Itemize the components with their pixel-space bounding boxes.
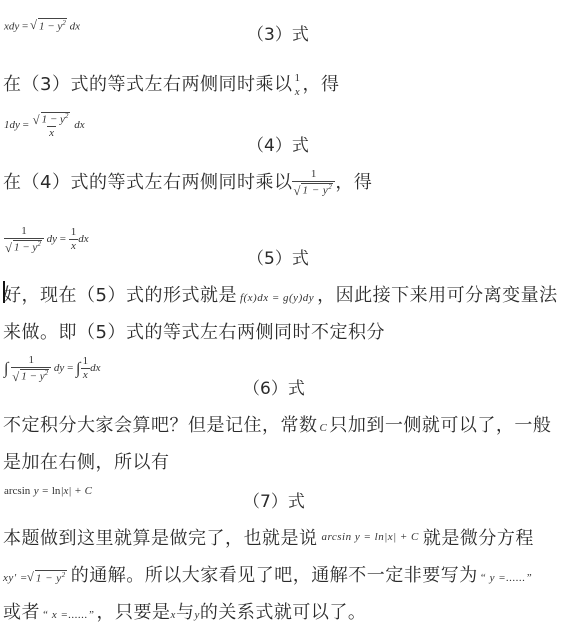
eq4-exponent: 2 [65, 112, 69, 120]
paragraph-3-line-1: 好，现在（5）式的形式就是f(x)dx = g(y)dy，因此接下来用可分离变量… [3, 281, 558, 307]
eq5-right-fraction: 1 x [69, 227, 79, 252]
p5-ode-lhs: xy′ = [3, 572, 28, 584]
p5-text-before: 本题做到这里就算是做完了，也就是说 [3, 528, 318, 549]
eq6-left-fraction: 1 1 − y2 [11, 355, 51, 382]
eq3-equals: = [22, 20, 28, 32]
paragraph-5-line-1: 本题做到这里就算是做完了，也就是说arcsin y = ln|x| + C就是微… [3, 524, 534, 550]
frac-exponent: 2 [328, 183, 332, 191]
eq4-fraction: 1 − y2 x [32, 112, 72, 139]
eq4-lhs: 1dy [4, 119, 20, 131]
eq4-radicand: 1 − y [42, 113, 65, 125]
eq7-c: C [85, 485, 92, 497]
equation-4: 1dy = 1 − y2 x dx [4, 112, 85, 139]
sqrt-symbol: 1 − y2 [34, 112, 70, 125]
eq5-dx: dx [78, 233, 88, 245]
p2-text-after: ，得 [335, 172, 372, 193]
eq5-equals: = [60, 233, 66, 245]
p3-text-before: 好，现在（5）式的形式就是 [3, 285, 237, 306]
p4-text-before: 不定积分大家会算吧？但是记住，常数 [3, 415, 318, 436]
eq6-rnum: 1 [81, 356, 91, 368]
frac-num: 1 [292, 73, 302, 85]
sqrt-symbol: 1 − y2 [28, 570, 67, 584]
paragraph-3-line-2: 来做。即（5）式的等式左右两侧同时不定积分 [3, 318, 385, 344]
eq6-equals: = [67, 362, 73, 374]
p1-text-after: ，得 [302, 74, 339, 95]
p5-quote-x: “ x =......” [42, 609, 95, 621]
equation-5: 1 1 − y2 dy = 1 x dx [4, 226, 89, 253]
p5-radicand: 1 − y [36, 572, 62, 584]
paragraph-4-line-1: 不定积分大家会算吧？但是记住，常数C只加到一侧就可以了，一般 [3, 411, 551, 437]
eq7-abs-x: |x| [60, 485, 71, 497]
p5-line3-after: 的关系式就可以了。 [200, 602, 367, 623]
equation-3: xdy = 1 − y2 dx [4, 18, 80, 32]
eq7-plus: + [75, 485, 81, 497]
eq6-radicand: 1 − y [21, 370, 44, 382]
paragraph-4-line-2: 是加在右侧，所以有 [3, 448, 170, 474]
eq6-exponent: 2 [45, 369, 49, 377]
frac-den: x [293, 85, 302, 98]
eq7-equals: = [42, 485, 48, 497]
equation-7-tag: （7）式 [243, 487, 305, 512]
p4-constant-c: C [320, 422, 328, 434]
eq3-dx: dx [70, 20, 80, 32]
p3-text-after: ，因此接下来用可分离变量法 [317, 285, 558, 306]
equation-5-tag: （5）式 [247, 244, 309, 269]
fraction-1-over-x: 1x [292, 73, 302, 98]
eq7-arcsin: arcsin [4, 485, 30, 497]
eq4-denominator: x [47, 126, 56, 139]
equation-3-tag: （3）式 [247, 20, 309, 45]
p3-formula: f(x)dx = g(y)dy [240, 292, 314, 304]
equation-6: ∫ 1 1 − y2 dy = ∫ 1 x dx [4, 355, 100, 382]
fraction-1-over-sqrt: 11 − y2 [292, 169, 335, 196]
eq5-rnum: 1 [69, 227, 79, 239]
frac-radicand: 1 − y [302, 185, 328, 197]
sqrt-symbol: 1 − y2 [6, 240, 42, 253]
paragraph-2: 在（4）式的等式左右两侧同时乘以11 − y2，得 [3, 168, 372, 197]
eq5-left-fraction: 1 1 − y2 [4, 226, 44, 253]
sqrt-symbol: 1 − y2 [294, 183, 333, 196]
p4-text-after: 只加到一侧就可以了，一般 [329, 415, 551, 436]
p5-line2-text: 的通解。所以大家看见了吧，通解不一定非要写为 [71, 565, 478, 586]
eq6-numerator: 1 [26, 355, 36, 367]
p5-line3-mid: ，只要是 [97, 602, 171, 623]
eq6-dx: dx [90, 362, 100, 374]
frac-num: 1 [309, 169, 319, 181]
eq6-rden: x [81, 368, 90, 381]
sqrt-symbol: 1 − y2 [13, 369, 49, 382]
equation-4-tag: （4）式 [247, 131, 309, 156]
equation-7: arcsin y = ln|x| + C [4, 484, 92, 497]
p5-formula: arcsin y = ln|x| + C [322, 531, 419, 543]
paragraph-1: 在（3）式的等式左右两侧同时乘以1x，得 [3, 70, 339, 98]
p5-and: 与 [176, 602, 195, 623]
equation-6-tag: （6）式 [243, 374, 305, 399]
p5-line3-before: 或者 [3, 602, 40, 623]
eq6-right-fraction: 1 x [81, 356, 91, 381]
eq3-exponent: 2 [62, 19, 66, 27]
eq5-numerator: 1 [19, 226, 29, 238]
p5-exponent: 2 [62, 571, 66, 579]
integral-sign: ∫ [4, 359, 9, 378]
p1-text-before: 在（3）式的等式左右两侧同时乘以 [3, 74, 292, 95]
eq3-radicand: 1 − y [39, 20, 62, 32]
eq4-equals: = [23, 119, 29, 131]
eq5-dy: dy [47, 233, 57, 245]
eq4-dx: dx [74, 119, 84, 131]
p5-quote-y: “ y =......” [480, 572, 533, 584]
eq5-radicand: 1 − y [14, 241, 37, 253]
eq7-y: y [34, 485, 39, 497]
eq5-rden: x [69, 239, 78, 252]
eq3-lhs: xdy [4, 20, 19, 32]
eq6-dy: dy [54, 362, 64, 374]
paragraph-5-line-2: xy′ =1 − y2的通解。所以大家看见了吧，通解不一定非要写为“ y =..… [3, 561, 532, 587]
p2-text-before: 在（4）式的等式左右两侧同时乘以 [3, 172, 292, 193]
p5-text-after: 就是微分方程 [423, 528, 534, 549]
sqrt-symbol: 1 − y2 [31, 18, 67, 32]
paragraph-5-line-3: 或者“ x =......”，只要是x与y的关系式就可以了。 [3, 598, 366, 624]
eq5-exponent: 2 [37, 240, 41, 248]
